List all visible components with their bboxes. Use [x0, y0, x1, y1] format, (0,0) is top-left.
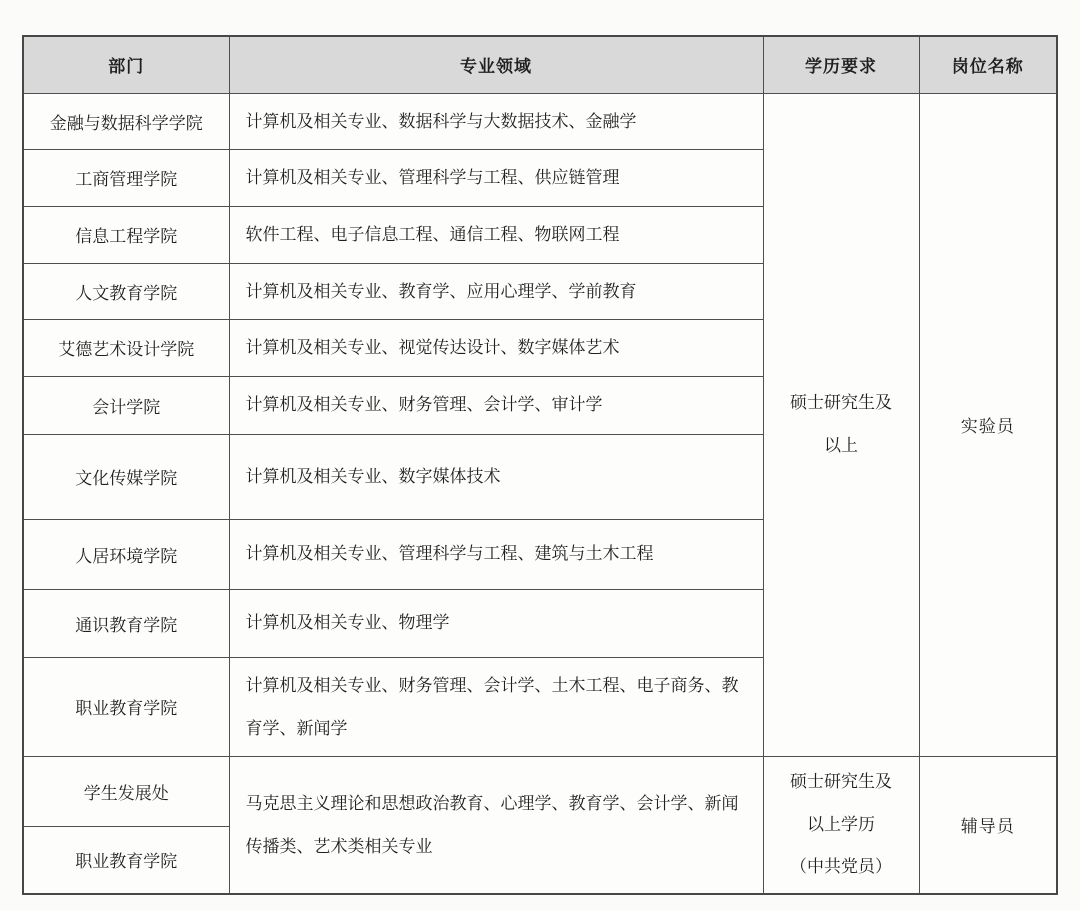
department-cell: 职业教育学院 [23, 827, 229, 894]
col-header-position-name: 岗位名称 [919, 36, 1057, 93]
col-header-department: 部门 [23, 36, 229, 93]
education-cell-group1: 硕士研究生及 以上 [763, 93, 919, 757]
department-cell: 会计学院 [23, 376, 229, 434]
department-cell: 人居环境学院 [23, 519, 229, 589]
fields-cell: 计算机及相关专业、物理学 [229, 589, 763, 657]
table-row: 学生发展处 马克思主义理论和思想政治教育、心理学、教育学、会计学、新闻传播类、艺… [23, 757, 1057, 827]
fields-cell: 计算机及相关专业、财务管理、会计学、土木工程、电子商务、教育学、新闻学 [229, 657, 763, 757]
department-cell: 人文教育学院 [23, 263, 229, 319]
department-cell: 学生发展处 [23, 757, 229, 827]
header-row: 部门 专业领域 学历要求 岗位名称 [23, 36, 1057, 93]
education-line: 以上学历 [772, 804, 911, 847]
fields-cell: 计算机及相关专业、管理科学与工程、建筑与土木工程 [229, 519, 763, 589]
department-cell: 职业教育学院 [23, 657, 229, 757]
education-line: （中共党员） [772, 846, 911, 889]
recruitment-table: 部门 专业领域 学历要求 岗位名称 金融与数据科学学院 计算机及相关专业、数据科… [22, 35, 1058, 895]
fields-cell-group2: 马克思主义理论和思想政治教育、心理学、教育学、会计学、新闻传播类、艺术类相关专业 [229, 757, 763, 894]
fields-cell: 计算机及相关专业、视觉传达设计、数字媒体艺术 [229, 320, 763, 376]
department-cell: 通识教育学院 [23, 589, 229, 657]
education-cell-group2: 硕士研究生及 以上学历 （中共党员） [763, 757, 919, 894]
education-line: 硕士研究生及 [772, 761, 911, 804]
department-cell: 金融与数据科学学院 [23, 93, 229, 149]
department-cell: 工商管理学院 [23, 149, 229, 206]
education-line: 硕士研究生及 [772, 382, 911, 425]
fields-cell: 计算机及相关专业、管理科学与工程、供应链管理 [229, 149, 763, 206]
department-cell: 文化传媒学院 [23, 434, 229, 519]
col-header-major-field: 专业领域 [229, 36, 763, 93]
fields-cell: 计算机及相关专业、数据科学与大数据技术、金融学 [229, 93, 763, 149]
recruitment-table-container: 部门 专业领域 学历要求 岗位名称 金融与数据科学学院 计算机及相关专业、数据科… [0, 0, 1080, 895]
fields-cell: 计算机及相关专业、数字媒体技术 [229, 434, 763, 519]
position-cell-group2: 辅导员 [919, 757, 1057, 894]
table-row: 金融与数据科学学院 计算机及相关专业、数据科学与大数据技术、金融学 硕士研究生及… [23, 93, 1057, 149]
department-cell: 信息工程学院 [23, 206, 229, 263]
fields-cell: 软件工程、电子信息工程、通信工程、物联网工程 [229, 206, 763, 263]
position-cell-group1: 实验员 [919, 93, 1057, 757]
fields-cell: 计算机及相关专业、教育学、应用心理学、学前教育 [229, 263, 763, 319]
department-cell: 艾德艺术设计学院 [23, 320, 229, 376]
education-line: 以上 [772, 425, 911, 468]
col-header-education-requirement: 学历要求 [763, 36, 919, 93]
fields-cell: 计算机及相关专业、财务管理、会计学、审计学 [229, 376, 763, 434]
